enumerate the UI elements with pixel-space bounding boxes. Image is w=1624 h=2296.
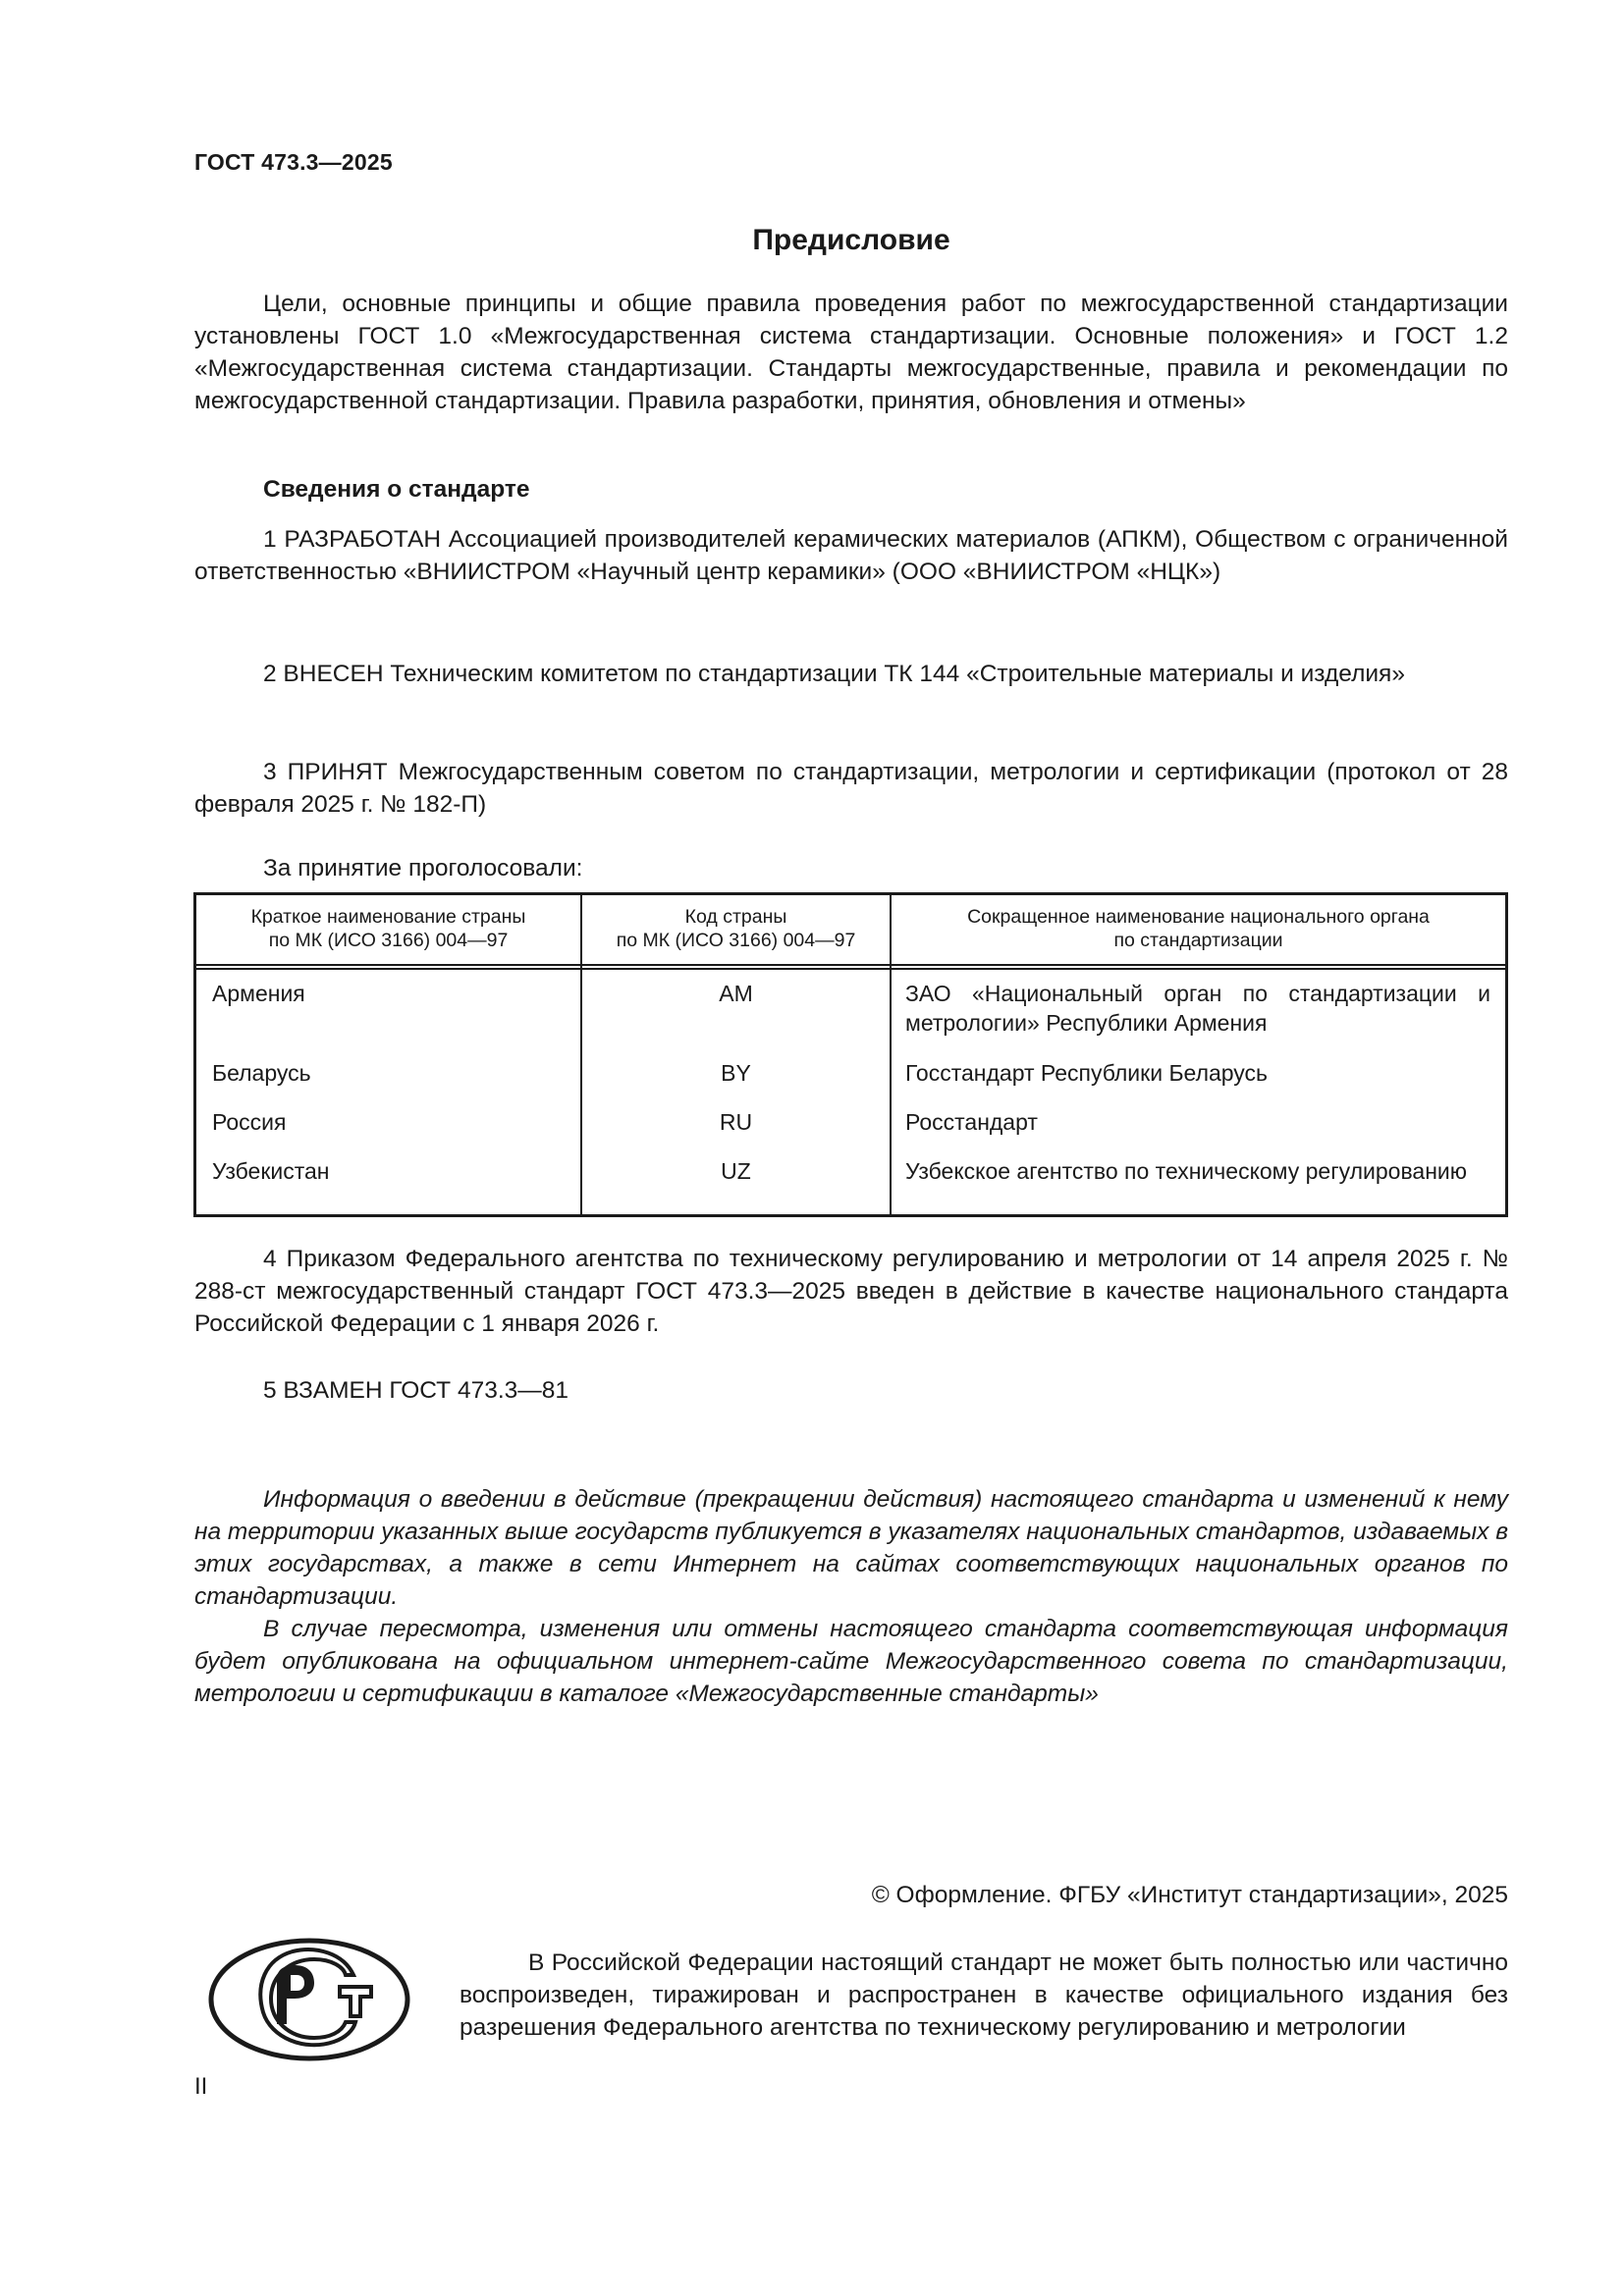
info-note: В случае пересмотра, изменения или отмен… (194, 1613, 1508, 1710)
document-code: ГОСТ 473.3—2025 (194, 149, 393, 176)
info-item-text: 1 РАЗРАБОТАН Ассоциацией производителей … (194, 526, 1508, 585)
copyright: © Оформление. ФГБУ «Институт стандартиза… (872, 1882, 1508, 1909)
copyright-notice-text: В Российской Федерации настоящий стандар… (460, 1949, 1508, 2041)
cell-country: Узбекистан (212, 1156, 566, 1186)
column-header-body: Сокращенное наименование национального о… (892, 905, 1505, 952)
cell-country: Беларусь (212, 1058, 566, 1088)
cell-code: UZ (582, 1156, 890, 1186)
cell-body: Госстандарт Республики Беларусь (905, 1058, 1490, 1088)
cell-body: Узбекское агентство по техническому регу… (905, 1156, 1490, 1186)
page-number: II (194, 2073, 207, 2101)
info-item-4: 4 Приказом Федерального агентства по тех… (194, 1243, 1508, 1340)
intro-text: Цели, основные принципы и общие правила … (194, 291, 1508, 414)
intro-paragraph: Цели, основные принципы и общие правила … (194, 288, 1508, 417)
page-title: Предисловие (194, 224, 1508, 257)
rst-logo-icon (206, 1936, 412, 2063)
cell-body: ЗАО «Национальный орган по стандартизаци… (905, 979, 1490, 1038)
info-item-2: 2 ВНЕСЕН Техническим комитетом по станда… (194, 658, 1508, 690)
cell-code: BY (582, 1058, 890, 1088)
info-item-5: 5 ВЗАМЕН ГОСТ 473.3—81 (194, 1374, 1508, 1407)
info-item-text: 2 ВНЕСЕН Техническим комитетом по станда… (263, 661, 1405, 687)
info-item-1: 1 РАЗРАБОТАН Ассоциацией производителей … (194, 523, 1508, 588)
cell-code: RU (582, 1107, 890, 1137)
info-note-text: Информация о введении в действие (прекра… (194, 1486, 1508, 1610)
info-notes: Информация о введении в действие (прекра… (194, 1483, 1508, 1710)
column-header-country: Краткое наименование страныпо МК (ИСО 31… (196, 905, 580, 952)
cell-code: AM (582, 979, 890, 1008)
info-note: Информация о введении в действие (прекра… (194, 1483, 1508, 1613)
table-header-double-rule (196, 968, 1505, 970)
cell-country: Армения (212, 979, 566, 1008)
info-note-text: В случае пересмотра, изменения или отмен… (194, 1616, 1508, 1707)
cell-body: Росстандарт (905, 1107, 1490, 1137)
info-item-3: 3 ПРИНЯТ Межгосударственным советом по с… (194, 756, 1508, 821)
voted-label: За принятие проголосовали: (263, 855, 582, 882)
vote-table: Краткое наименование страныпо МК (ИСО 31… (193, 892, 1508, 1217)
copyright-notice: В Российской Федерации настоящий стандар… (460, 1947, 1508, 2044)
info-item-text: 4 Приказом Федерального агентства по тех… (194, 1246, 1508, 1337)
cell-country: Россия (212, 1107, 566, 1137)
standard-info-heading: Сведения о стандарте (263, 476, 529, 504)
column-header-code: Код страныпо МК (ИСО 3166) 004—97 (582, 905, 890, 952)
info-item-text: 5 ВЗАМЕН ГОСТ 473.3—81 (263, 1377, 568, 1404)
info-item-text: 3 ПРИНЯТ Межгосударственным советом по с… (194, 759, 1508, 818)
